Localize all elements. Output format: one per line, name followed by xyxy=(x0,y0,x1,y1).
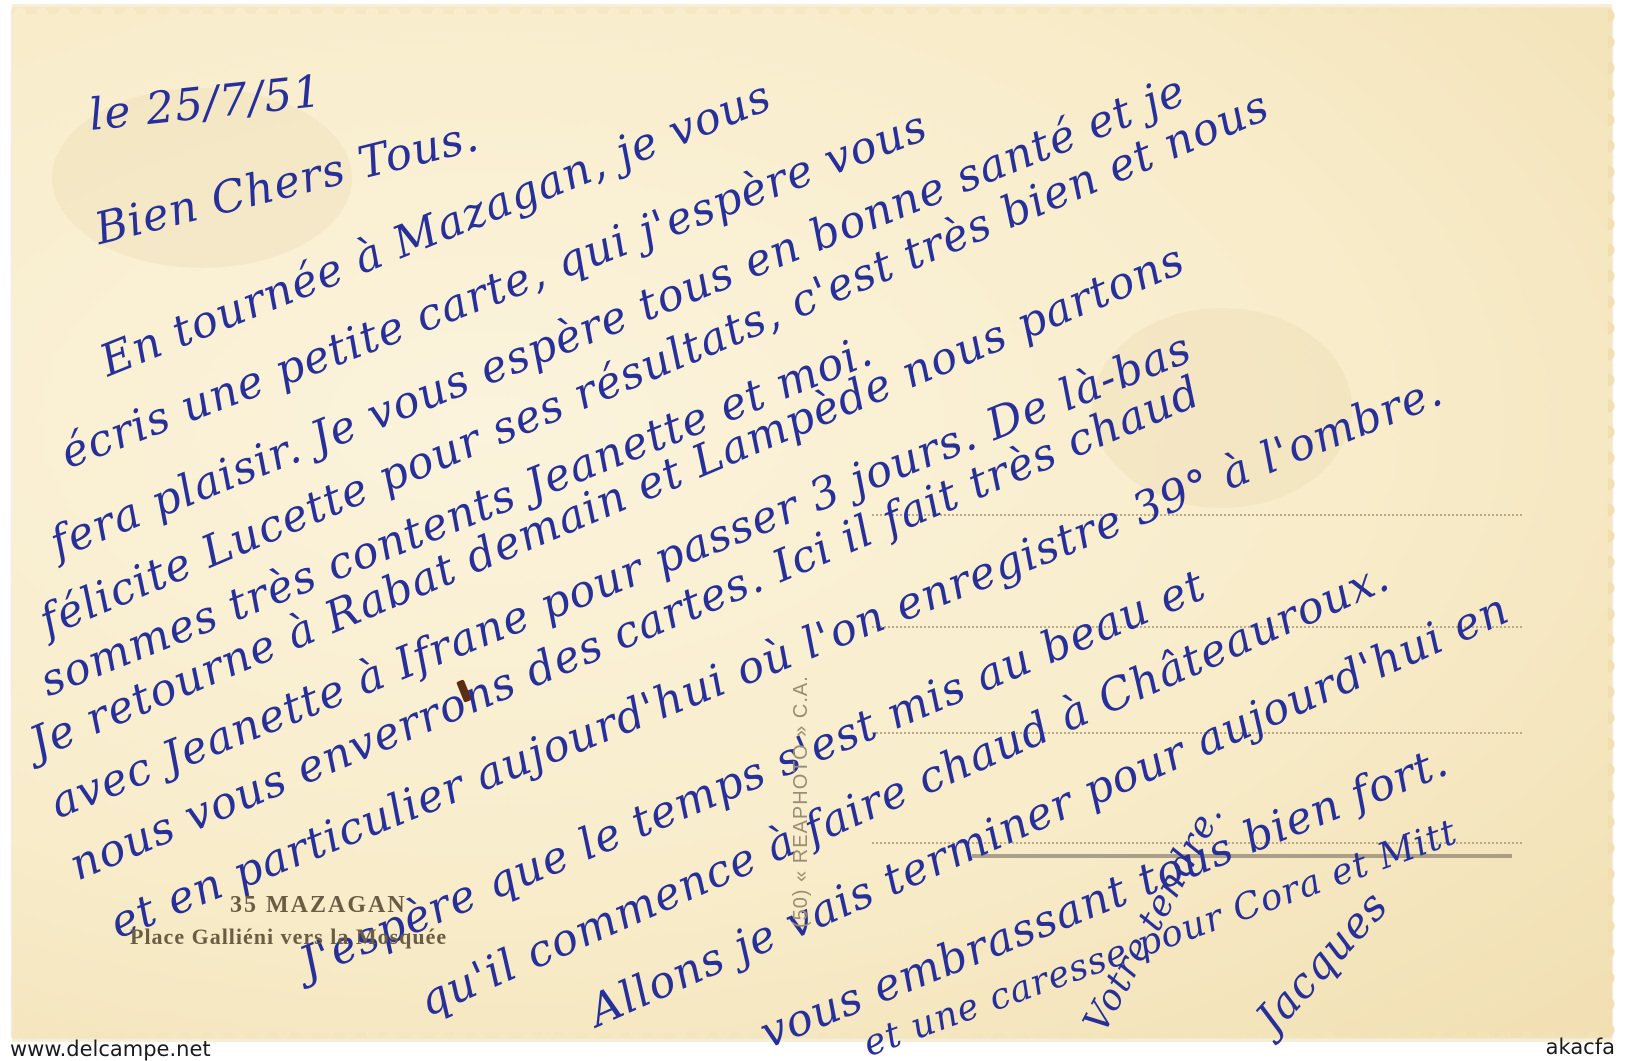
postcard-back: le 25/7/51 Bien Chers Tous. En tournée à… xyxy=(12,8,1612,1038)
scalloped-edge-right xyxy=(1608,8,1616,1038)
watermark-seller: akacfa xyxy=(1546,1035,1615,1059)
watermark-delcampe: www.delcampe.net xyxy=(10,1037,211,1061)
publisher-mark: (50) « REAPHOTO » C.A. xyxy=(790,675,813,928)
printed-caption-title: 35 MAZAGAN xyxy=(230,892,407,919)
printed-caption-subtitle: Place Galliéni vers la Mosquée xyxy=(130,924,447,950)
scalloped-edge-top xyxy=(12,4,1612,14)
